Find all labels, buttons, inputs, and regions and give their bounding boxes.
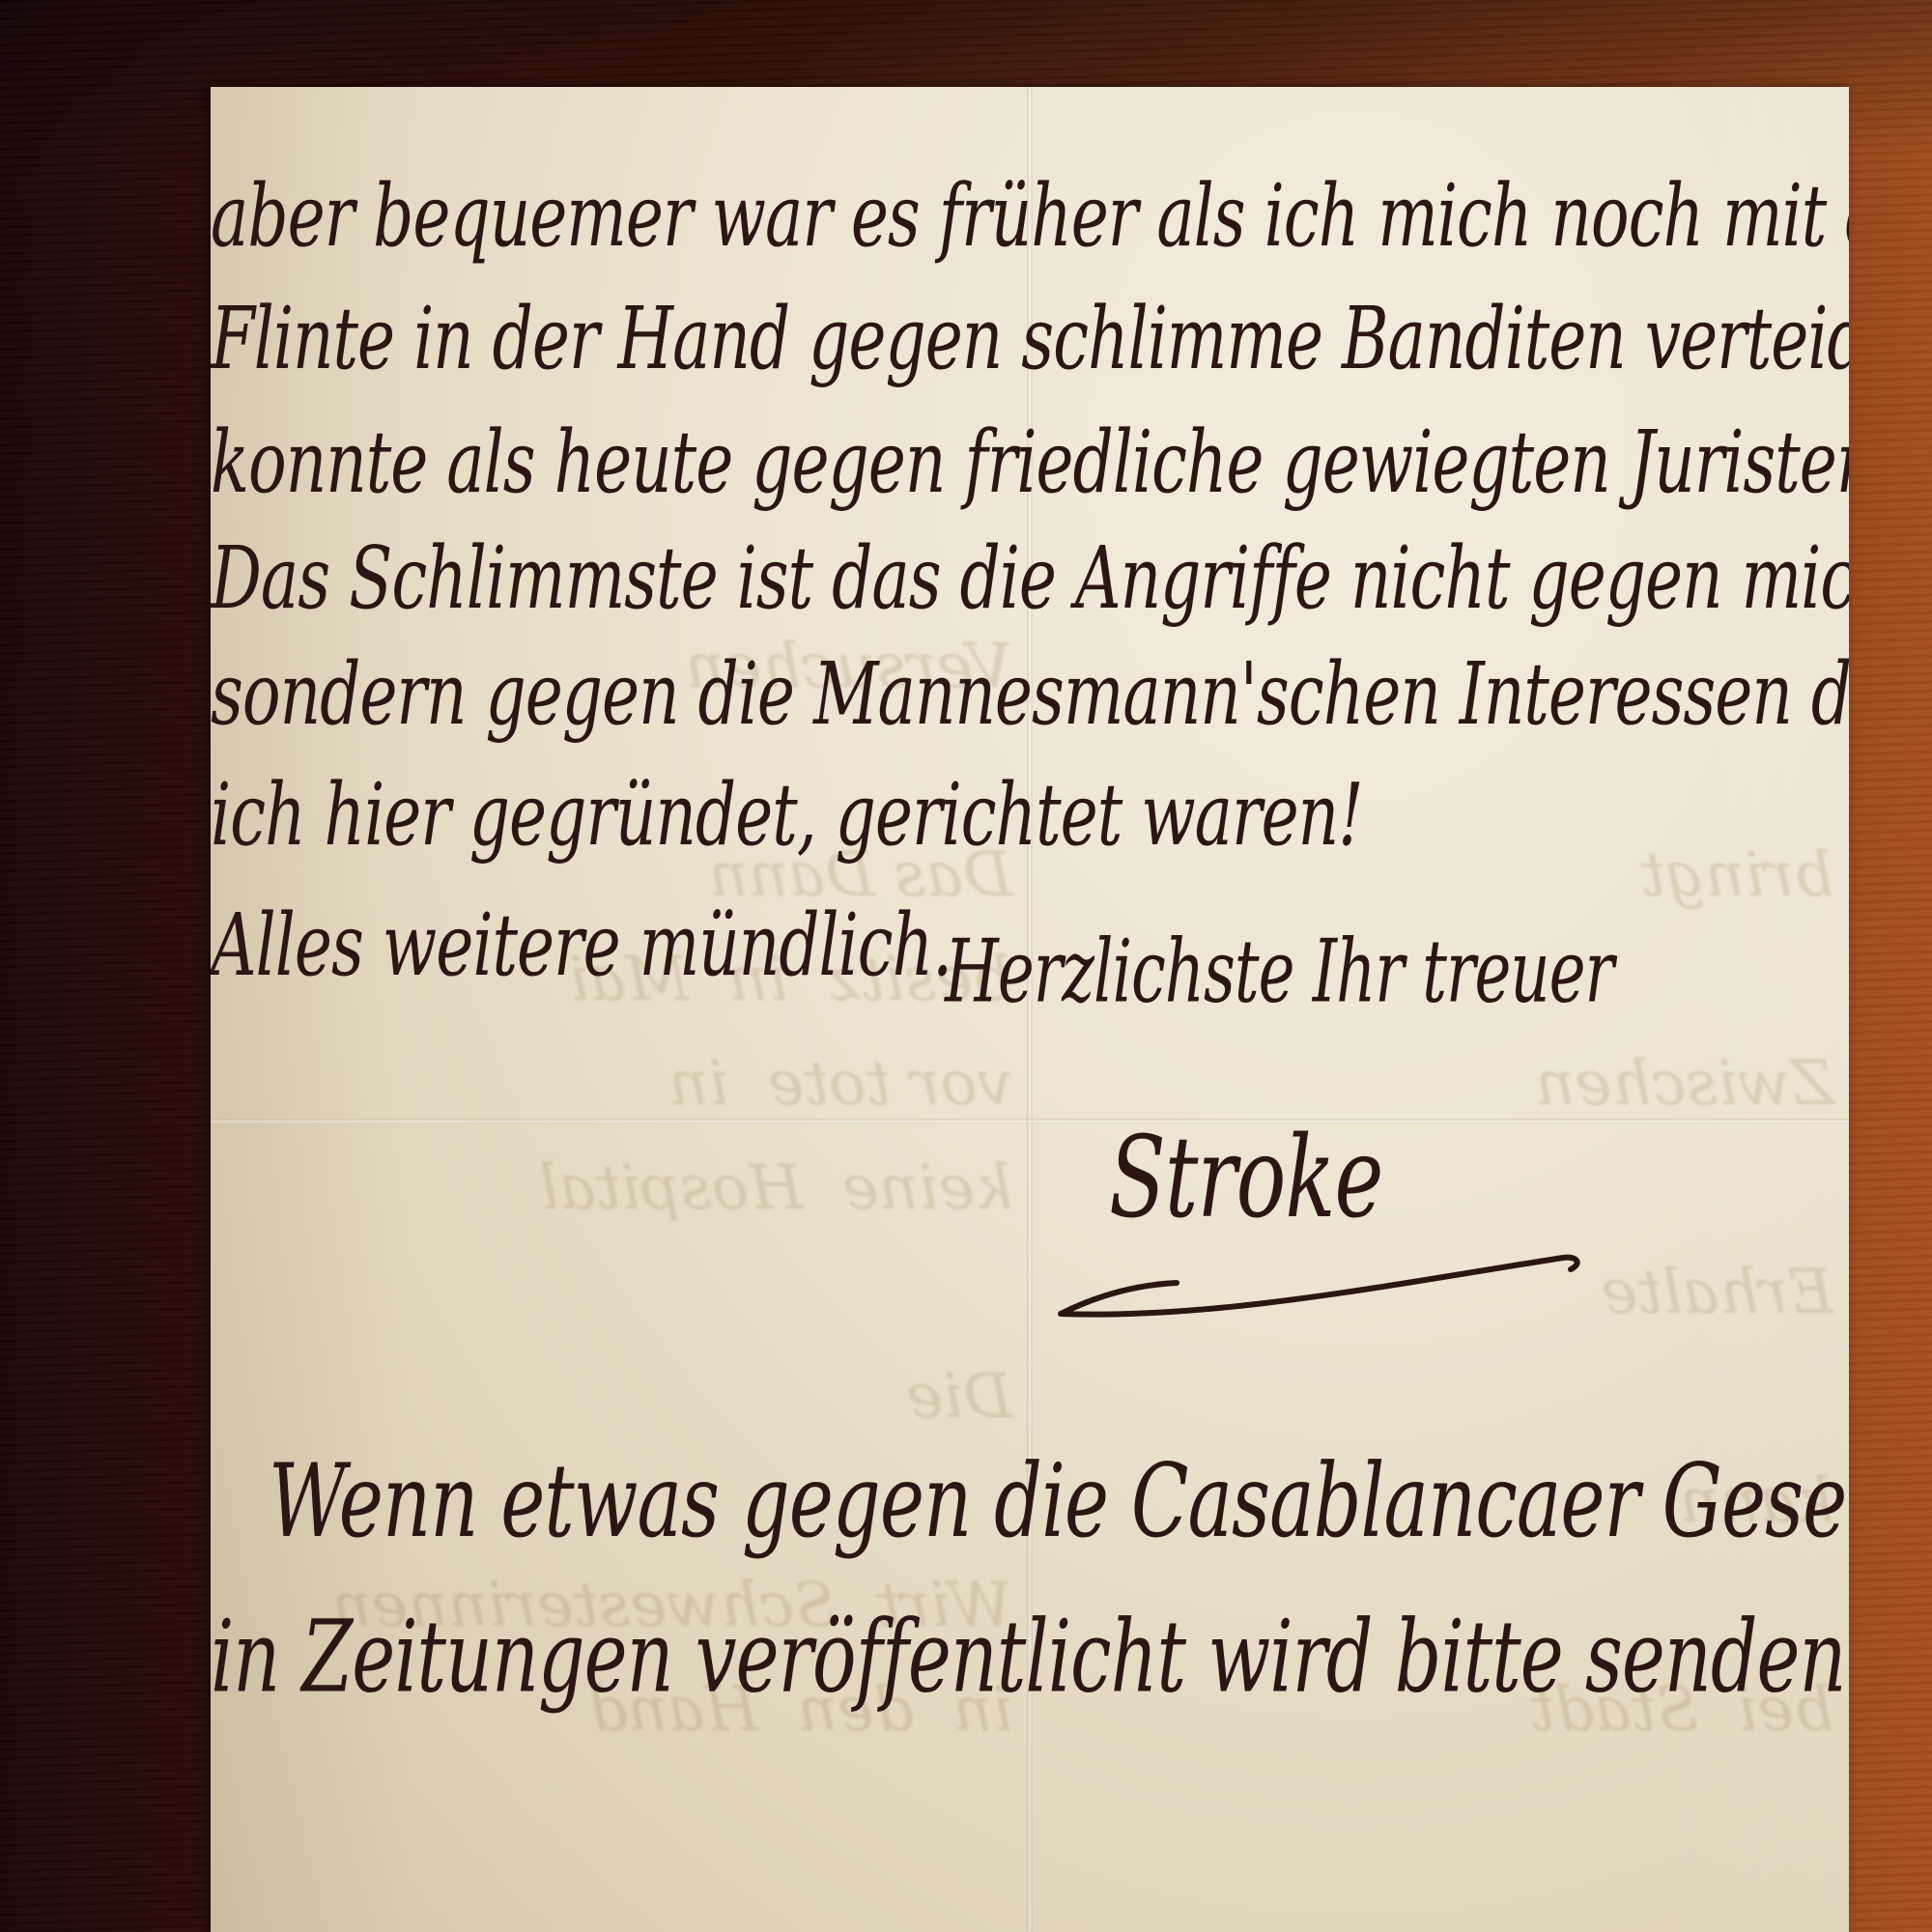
body-line-3: konnte als heute gegen friedliche gewieg…: [211, 412, 1849, 513]
postscript-line-1: Wenn etwas gegen die Casablancaer Gesell…: [269, 1443, 1849, 1561]
body-line-1: aber bequemer war es früher als ich mich…: [211, 166, 1849, 267]
body-line-4: Das Schlimmste ist das die Angriffe nich…: [211, 528, 1849, 629]
body-line-7: Alles weitere mündlich.: [211, 895, 952, 996]
signature-flourish-icon: [1041, 1246, 1582, 1323]
closing-salutation: Herzlichste Ihr treuer: [945, 923, 1613, 1023]
body-line-5: sondern gegen die Mannesmann'schen Inter…: [211, 644, 1849, 745]
letter-page: Versuchen Das Dann besitz in Mai vor tot…: [211, 87, 1849, 1932]
body-line-6: ich hier gegründet, gerichtet waren!: [211, 765, 1363, 866]
postscript-line-2: in Zeitungen veröffentlicht wird bitte s…: [211, 1598, 1849, 1714]
body-line-2: Flinte in der Hand gegen schlimme Bandit…: [211, 289, 1849, 389]
signature: Stroke: [1109, 1114, 1382, 1244]
